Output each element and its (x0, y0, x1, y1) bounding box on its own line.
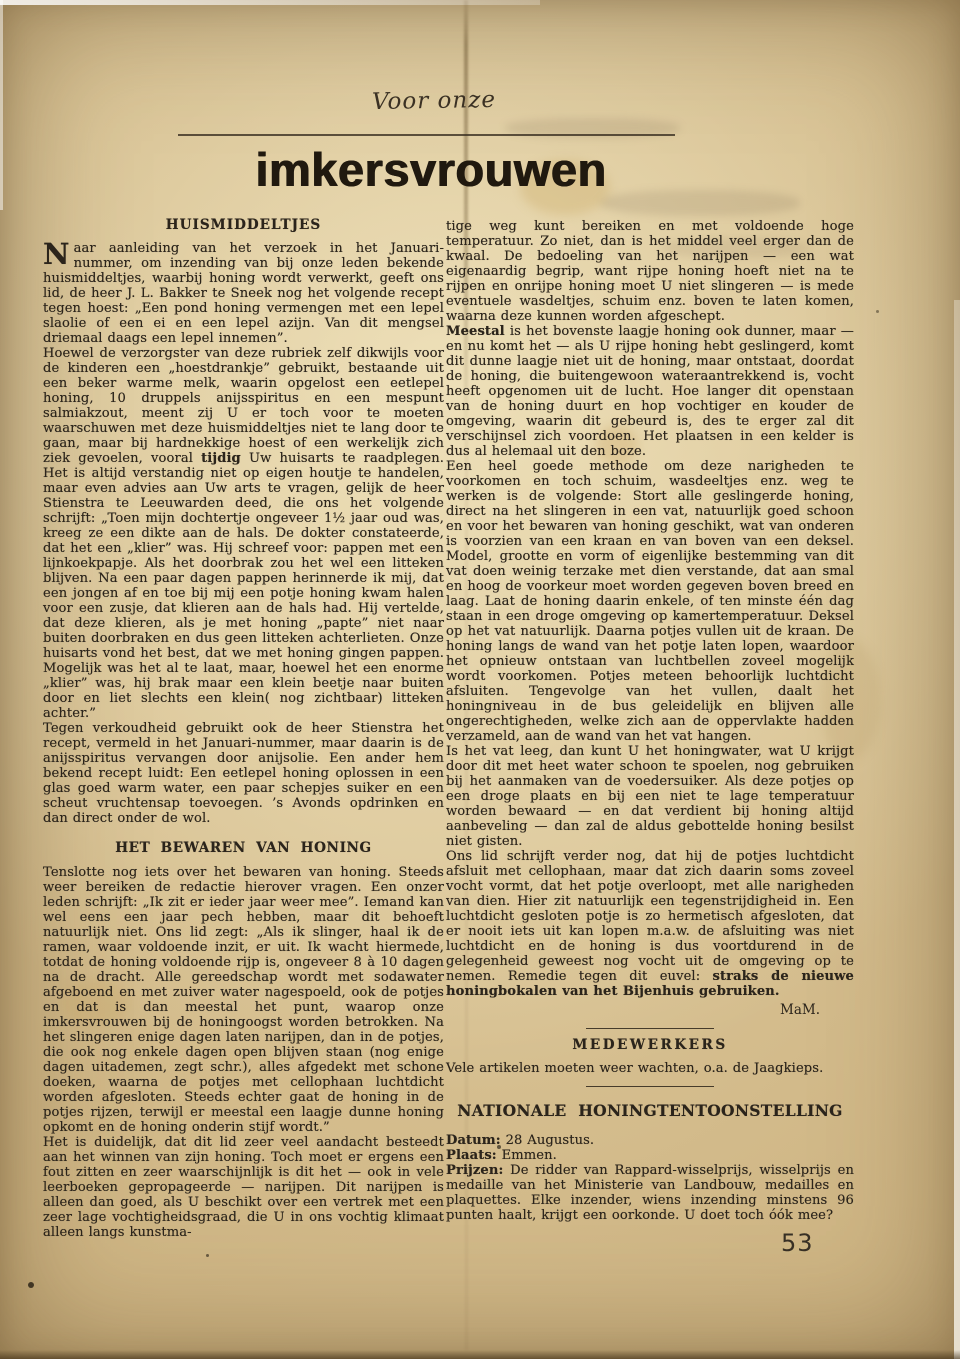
paragraph-narijpen: Het is duidelijk, dat dit lid zeer veel … (43, 1135, 444, 1240)
paragraph-bewaren-intro: Tenslotte nog iets over het bewaren van … (43, 865, 444, 1135)
paragraph-medewerkers: Vele artikelen moeten weer wachten, o.a.… (446, 1061, 854, 1076)
body-text-segment: Vele artikelen moeten weer wachten, o.a.… (446, 1061, 823, 1076)
body-text-segment: Een heel goede methode om deze narighede… (446, 459, 854, 744)
body-text-segment: Tenslotte nog iets over het bewaren van … (43, 865, 444, 1135)
section-heading-huismiddeltjes: HUISMIDDELTJES (43, 216, 444, 234)
body-text-segment: 28 Augustus. (501, 1133, 595, 1148)
body-text-segment: Hoewel de verzorgster van deze rubriek z… (43, 346, 444, 466)
body-text-segment: De ridder van Rappard-wisselprijs, wisse… (446, 1163, 854, 1223)
header-rule (178, 134, 675, 136)
paragraph-bovenste-laagje: Meestal is het bovenste laagje honing oo… (446, 324, 854, 459)
author-signature: MaM. (446, 1002, 854, 1018)
body-text-segment: Uw huisarts te raadplegen. Het is altijd… (43, 451, 444, 721)
body-text-segment: Ons lid schrijft verder nog, dat hij de … (446, 849, 854, 984)
emphasized-text: Prijzen: (446, 1163, 503, 1178)
section-heading-bewaren: HET BEWAREN VAN HONING (43, 839, 444, 857)
paragraph-methode-vat: Een heel goede methode om deze narighede… (446, 459, 854, 744)
page-number: 53 (781, 1229, 814, 1257)
paper-speck (28, 1282, 34, 1288)
emphasized-text: Datum: (446, 1133, 501, 1148)
section-heading-medewerkers: MEDEWERKERS (446, 1036, 854, 1054)
line-plaats: Plaats: Emmen. (446, 1148, 854, 1163)
line-datum: Datum: 28 Augustus. (446, 1133, 854, 1148)
body-text-segment: is het bovenste laagje honing ook dunner… (446, 324, 854, 459)
emphasized-text: Plaats: (446, 1148, 497, 1163)
paragraph-prijzen: Prijzen: De ridder van Rappard-wisselpri… (446, 1163, 854, 1223)
article-column-right: tige weg kunt bereiken en met voldoende … (446, 219, 854, 1223)
emphasized-text: tijdig (201, 451, 241, 466)
paragraph-honingwater: Is het vat leeg, dan kunt U het honingwa… (446, 744, 854, 849)
divider-rule-bottom (586, 1086, 714, 1087)
paragraph-hoestdrankje: Hoewel de verzorgster van deze rubriek z… (43, 346, 444, 721)
scan-edge-right (954, 300, 960, 1359)
body-text-segment: Is het vat leeg, dan kunt U het honingwa… (446, 744, 854, 849)
kicker-script-text: Voor onze (354, 85, 514, 118)
scan-edge-top (0, 0, 540, 5)
paper-speck (876, 310, 879, 313)
divider-rule-top (586, 1028, 714, 1029)
drop-cap-letter: N (43, 242, 70, 267)
scan-edge-bottom (0, 1350, 960, 1359)
paragraph-cellophaan: Ons lid schrijft verder nog, dat hij de … (446, 849, 854, 999)
body-text-segment: Tegen verkoudheid gebruikt ook de heer S… (43, 721, 444, 826)
paragraph-narijpen-vervolg: tige weg kunt bereiken en met voldoende … (446, 219, 854, 324)
body-text-segment: Emmen. (497, 1148, 557, 1163)
section-heading-tentoonstelling: NATIONALE HONINGTENTOONSTELLING (446, 1102, 854, 1120)
article-column-left: HUISMIDDELTJESNaar aanleiding van het ve… (43, 216, 444, 1240)
body-text-segment: Het is duidelijk, dat dit lid zeer veel … (43, 1135, 444, 1240)
body-text-segment: aar aanleiding van het verzoek in het Ja… (43, 241, 444, 346)
page-title: imkersvrouwen (0, 142, 862, 198)
paper-speck (206, 1254, 209, 1257)
emphasized-text: Meestal (446, 324, 505, 339)
paragraph-verkoudheid: Tegen verkoudheid gebruikt ook de heer S… (43, 721, 444, 826)
magazine-page: Voor onze imkersvrouwen HUISMIDDELTJESNa… (0, 0, 960, 1359)
body-text-segment: tige weg kunt bereiken en met voldoende … (446, 219, 854, 324)
paragraph-recept-bakker: Naar aanleiding van het verzoek in het J… (43, 241, 444, 346)
